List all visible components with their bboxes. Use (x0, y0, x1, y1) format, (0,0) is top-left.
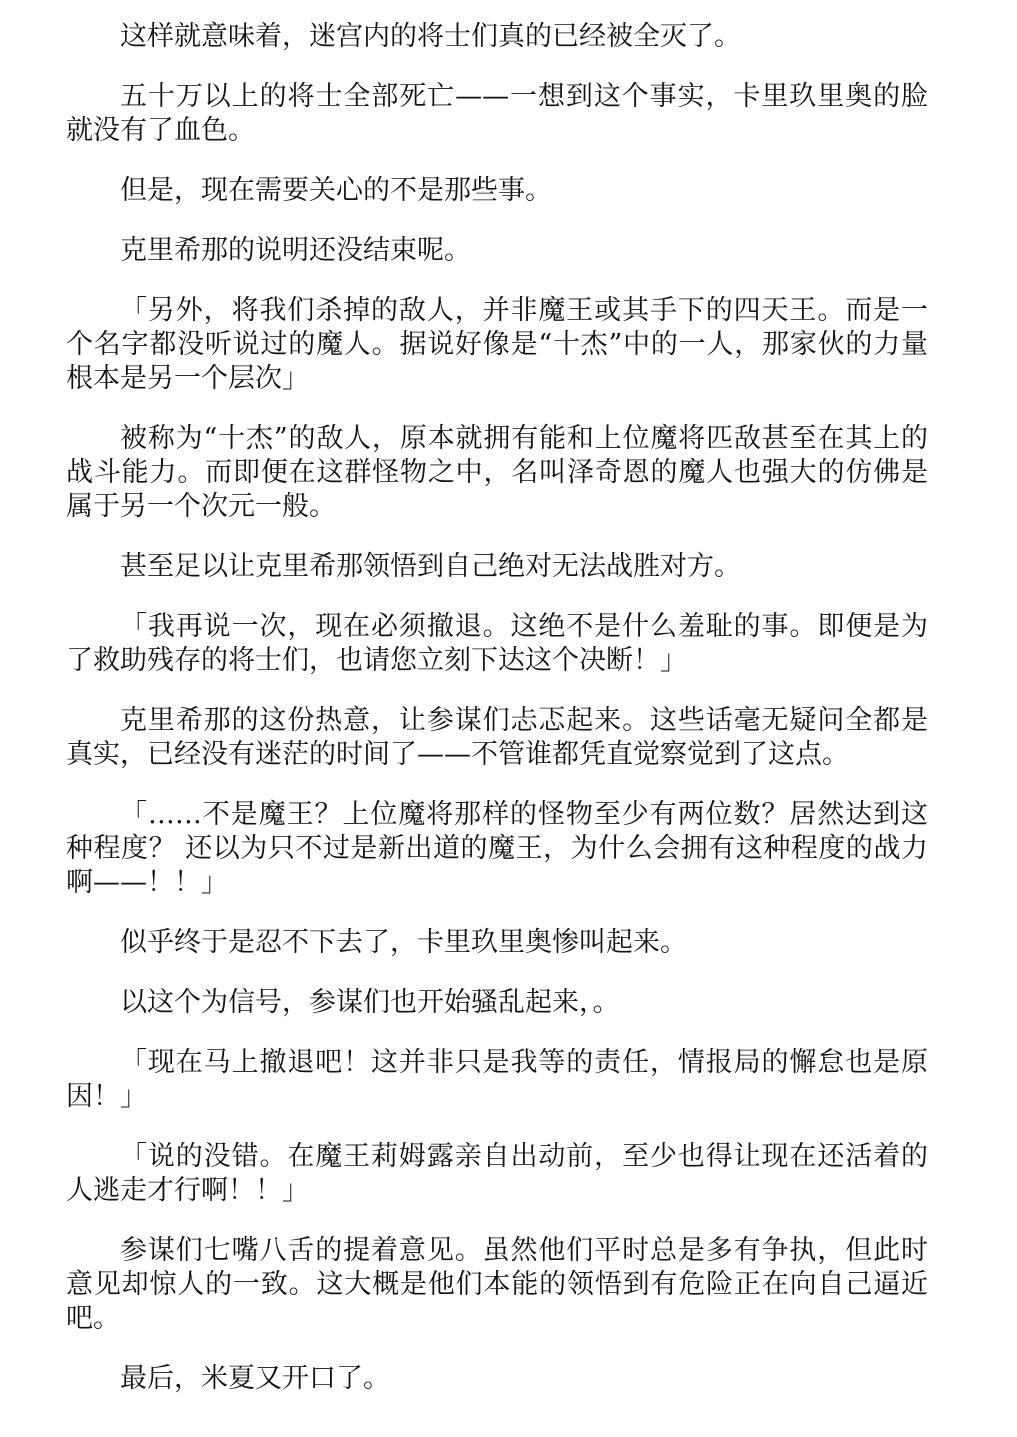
paragraph-3: 但是，现在需要关心的不是那些事。 (66, 174, 928, 208)
paragraph-16: 最后，米夏又开口了。 (66, 1362, 928, 1396)
dialogue-paragraph-14: 「说的没错。在魔王莉姆露亲自出动前，至少也得让现在还活着的人逃走才行啊！！」 (66, 1140, 928, 1208)
paragraph-12: 以这个为信号，参谋们也开始骚乱起来，。 (66, 986, 928, 1020)
paragraph-15: 参谋们七嘴八舌的提着意见。虽然他们平时总是多有争执，但此时意见却惊人的一致。这大… (66, 1234, 928, 1336)
paragraph-11: 似乎终于是忍不下去了，卡里玖里奥惨叫起来。 (66, 926, 928, 960)
dialogue-paragraph-13: 「现在马上撤退吧！这并非只是我等的责任，情报局的懈怠也是原因！」 (66, 1046, 928, 1114)
paragraph-9: 克里希那的这份热意，让参谋们忐忑起来。这些话毫无疑问全都是真实，已经没有迷茫的时… (66, 704, 928, 772)
paragraph-6: 被称为“十杰”的敌人，原本就拥有能和上位魔将匹敌甚至在其上的战斗能力。而即便在这… (66, 422, 928, 524)
dialogue-paragraph-10: 「……不是魔王？上位魔将那样的怪物至少有两位数？居然达到这种程度？ 还以为只不过… (66, 798, 928, 900)
document-page: 这样就意味着，迷宫内的将士们真的已经被全灭了。 五十万以上的将士全部死亡——一想… (66, 20, 928, 1422)
dialogue-paragraph-5: 「另外，将我们杀掉的敌人，并非魔王或其手下的四天王。而是一个名字都没听说过的魔人… (66, 294, 928, 396)
dialogue-paragraph-8: 「我再说一次，现在必须撤退。这绝不是什么羞耻的事。即便是为了救助残存的将士们，也… (66, 610, 928, 678)
paragraph-2: 五十万以上的将士全部死亡——一想到这个事实，卡里玖里奥的脸就没有了血色。 (66, 80, 928, 148)
paragraph-1: 这样就意味着，迷宫内的将士们真的已经被全灭了。 (66, 20, 928, 54)
paragraph-4: 克里希那的说明还没结束呢。 (66, 234, 928, 268)
paragraph-7: 甚至足以让克里希那领悟到自己绝对无法战胜对方。 (66, 550, 928, 584)
